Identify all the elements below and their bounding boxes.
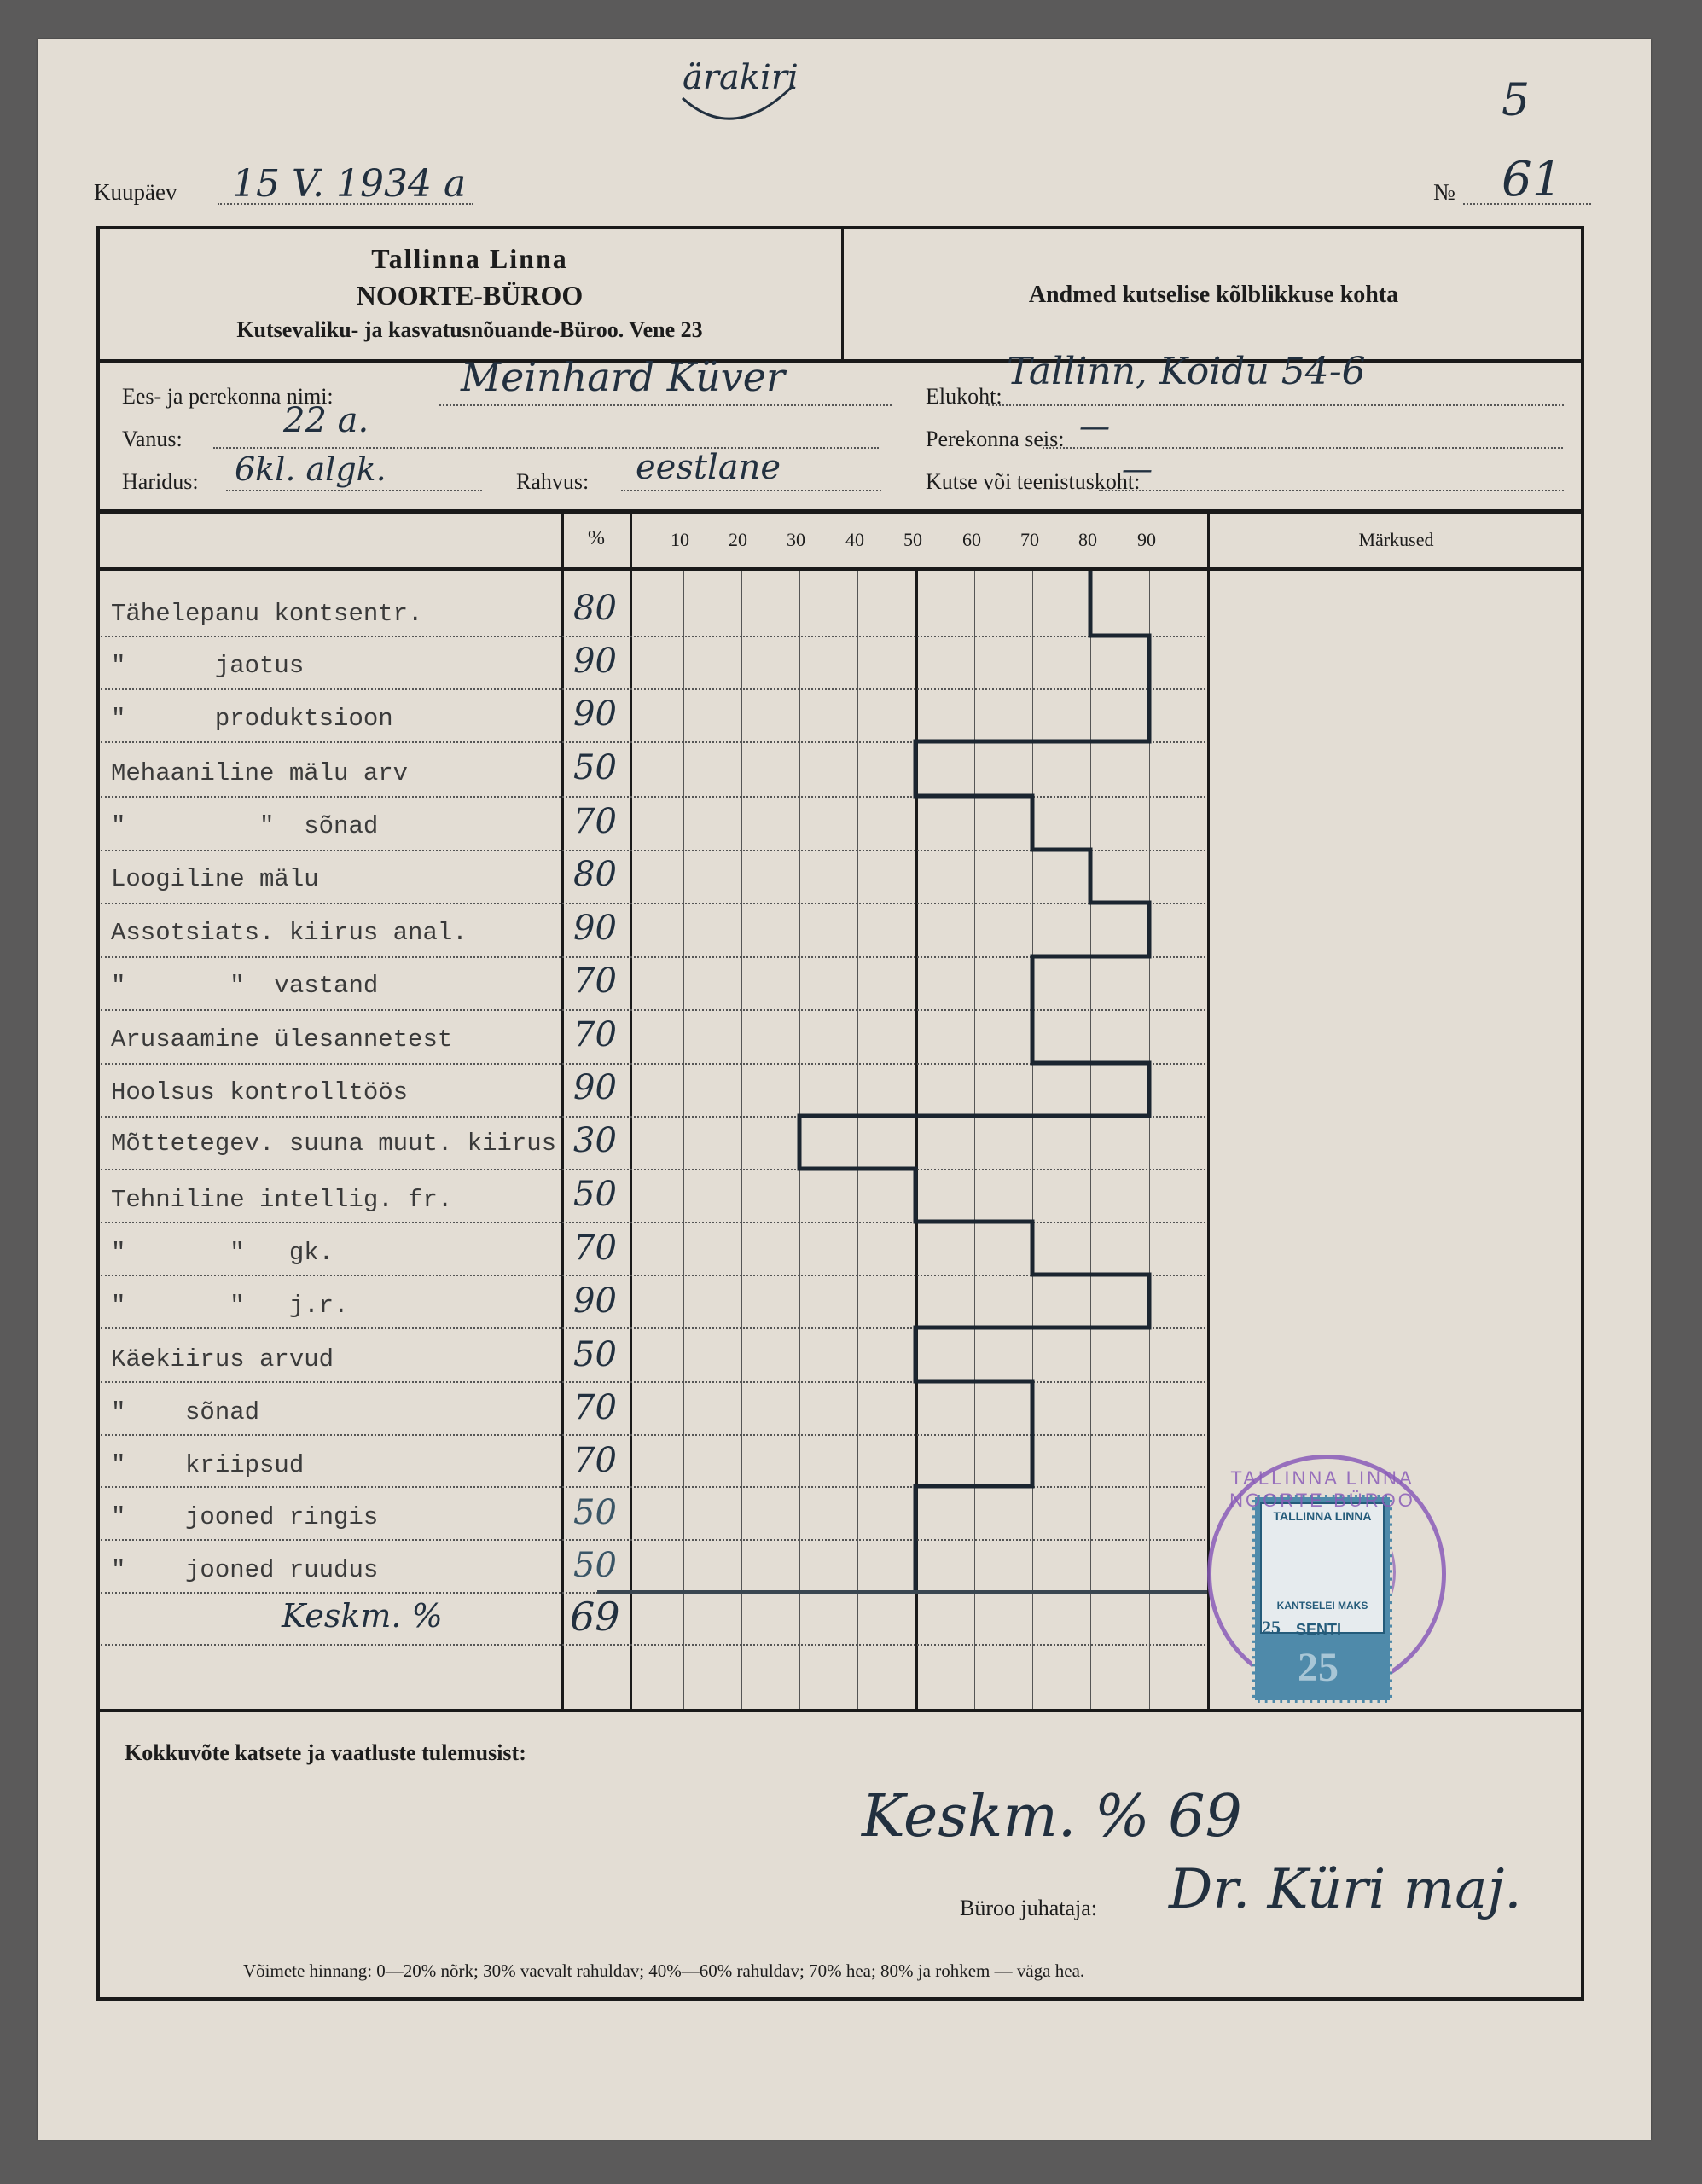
- nationality-label: Rahvus:: [516, 469, 589, 495]
- number-value: 61: [1502, 152, 1562, 207]
- row-value: 90: [573, 642, 617, 681]
- row-value: 80: [573, 855, 617, 894]
- corner-number: 5: [1502, 75, 1530, 126]
- row-label: " " j.r.: [111, 1292, 348, 1320]
- revenue-big-denomination: 25: [1298, 1644, 1339, 1691]
- marital-underline: [1043, 447, 1563, 449]
- row-value: 50: [573, 1546, 617, 1585]
- tick-90: 90: [1137, 529, 1156, 551]
- percent-header: %: [563, 527, 630, 550]
- row-value: 50: [573, 1493, 617, 1532]
- row-value: 30: [573, 1121, 617, 1160]
- tick-70: 70: [1020, 529, 1039, 551]
- form-frame: [96, 226, 1584, 2001]
- tick-40: 40: [845, 529, 864, 551]
- row-label: " " gk.: [111, 1239, 334, 1267]
- ink-stamp-text: TALLINNA LINNA NOORTE-BÜROO: [1220, 1467, 1425, 1512]
- form-title: Andmed kutselise kõlblikkuse kohta: [845, 282, 1583, 309]
- row-label: Mõttetegev. suuna muut. kiirus: [111, 1131, 563, 1157]
- director-signature: Dr. Küri maj.: [1169, 1858, 1522, 1921]
- tick-60: 60: [962, 529, 981, 551]
- tick-80: 80: [1078, 529, 1097, 551]
- average-label: Keskm. %: [282, 1597, 443, 1635]
- residence-value[interactable]: Tallinn, Koidu 54-6: [1007, 350, 1366, 393]
- row-label: Mehaaniline mälu arv: [111, 759, 408, 787]
- row-value: 50: [573, 1335, 617, 1374]
- row-value: 70: [573, 961, 617, 1001]
- org-line-3: Kutsevaliku- ja kasvatusnõuande-Büroo. V…: [98, 317, 841, 343]
- remarks-header: Märkused: [1210, 529, 1583, 551]
- revenue-currency: SENTI: [1296, 1621, 1341, 1639]
- row-value: 70: [573, 1441, 617, 1480]
- marital-value[interactable]: —: [1079, 409, 1110, 444]
- row-value: 90: [573, 694, 617, 734]
- org-line-1: Tallinna Linna: [98, 243, 841, 275]
- date-label: Kuupäev: [94, 179, 177, 206]
- tick-30: 30: [787, 529, 805, 551]
- percent-col-right: [630, 514, 632, 1711]
- row-label: " kriipsud: [111, 1451, 304, 1479]
- row-value: 50: [573, 1175, 617, 1214]
- row-sep: [101, 1222, 1205, 1223]
- row-sep: [101, 850, 1205, 851]
- education-label: Haridus:: [122, 469, 199, 495]
- nationality-value[interactable]: eestlane: [636, 448, 781, 487]
- row-sep: [101, 1486, 1205, 1488]
- row-sep: [101, 1169, 1205, 1170]
- table-bottom-rule: [98, 1709, 1583, 1712]
- tick-50: 50: [903, 529, 922, 551]
- row-value: 90: [573, 1068, 617, 1107]
- row-sep: [101, 1381, 1205, 1383]
- remarks-col-left: [1207, 514, 1210, 1711]
- age-value[interactable]: 22 a.: [283, 401, 369, 440]
- row-sep: [101, 1644, 1205, 1646]
- row-label: " jaotus: [111, 652, 304, 680]
- table-header-rule: [98, 567, 1583, 571]
- row-sep: [101, 688, 1205, 690]
- row-label: Käekiirus arvud: [111, 1345, 334, 1374]
- residence-underline: [988, 404, 1564, 406]
- row-value: 70: [573, 802, 617, 841]
- summary-value: Keskm. % 69: [862, 1783, 1242, 1850]
- row-value: 70: [573, 1388, 617, 1427]
- header-divider: [841, 228, 844, 361]
- education-value[interactable]: 6kl. algk.: [235, 450, 386, 488]
- row-sep: [101, 741, 1205, 743]
- tick-10: 10: [671, 529, 689, 551]
- row-sep: [101, 1434, 1205, 1436]
- row-sep: [101, 1539, 1205, 1541]
- row-value: 90: [573, 1281, 617, 1321]
- row-label: " jooned ruudus: [111, 1556, 378, 1584]
- education-underline: [226, 490, 482, 491]
- copy-annotation: ärakiri: [683, 58, 799, 97]
- row-label: " produktsioon: [111, 705, 393, 733]
- date-value: 15 V. 1934 a: [232, 162, 466, 206]
- row-label: Assotsiats. kiirus anal.: [111, 919, 468, 947]
- table-top-rule: [98, 509, 1583, 514]
- row-label: " " vastand: [111, 972, 378, 1000]
- name-value[interactable]: Meinhard Küver: [461, 354, 785, 400]
- row-sep: [101, 1275, 1205, 1276]
- row-sep: [101, 903, 1205, 904]
- row-sep: [101, 1327, 1205, 1329]
- row-value: 90: [573, 909, 617, 948]
- row-label: Tehniline intellig. fr.: [111, 1186, 452, 1214]
- row-label: " " sõnad: [111, 812, 378, 840]
- age-label: Vanus:: [122, 427, 183, 452]
- nationality-underline: [621, 490, 881, 491]
- summary-label: Kokkuvõte katsete ja vaatluste tulemusis…: [125, 1740, 526, 1766]
- row-value: 80: [573, 589, 617, 628]
- row-sep: [101, 1592, 1205, 1594]
- director-label: Büroo juhataja:: [960, 1896, 1097, 1921]
- occupation-value[interactable]: —: [1122, 452, 1153, 487]
- occupation-underline: [1099, 490, 1564, 491]
- name-underline: [439, 404, 892, 406]
- scale-note: Võimete hinnang: 0—20% nõrk; 30% vaevalt…: [243, 1960, 1084, 1982]
- row-sep: [101, 956, 1205, 958]
- average-value: 69: [570, 1594, 620, 1640]
- row-label: Loogiline mälu: [111, 865, 319, 893]
- row-value: 70: [573, 1228, 617, 1268]
- org-line-2: NOORTE-BÜROO: [98, 280, 841, 311]
- row-label: " jooned ringis: [111, 1503, 378, 1531]
- revenue-sub: KANTSELEI MAKS: [1255, 1600, 1390, 1612]
- row-label: Arusaamine ülesannetest: [111, 1025, 452, 1054]
- row-sep: [101, 1116, 1205, 1118]
- percent-col-left: [561, 514, 564, 1711]
- number-label: №: [1433, 179, 1455, 206]
- revenue-stamp: TALLINNA LINNA KANTSELEI MAKS 25 SENTI 2…: [1252, 1495, 1392, 1703]
- row-sep: [101, 1063, 1205, 1065]
- row-label: Hoolsus kontrolltöös: [111, 1078, 408, 1107]
- row-sep: [101, 796, 1205, 798]
- row-value: 70: [573, 1015, 617, 1054]
- row-value: 50: [573, 748, 617, 787]
- revenue-denomination: 25: [1262, 1617, 1281, 1639]
- row-label: Tähelepanu kontsentr.: [111, 600, 422, 628]
- row-sep: [101, 636, 1205, 637]
- row-label: " sõnad: [111, 1398, 259, 1426]
- tick-20: 20: [729, 529, 747, 551]
- row-sep: [101, 1009, 1205, 1011]
